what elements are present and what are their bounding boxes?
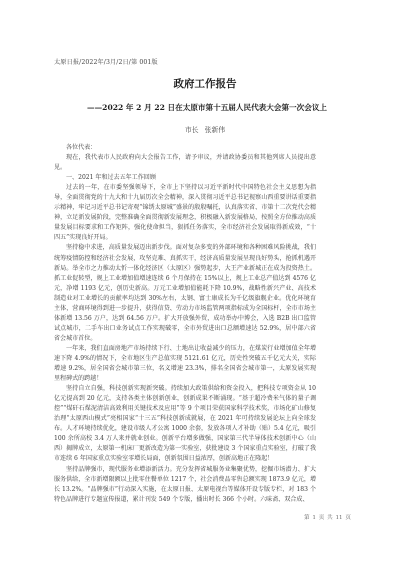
paragraph: 过去的一年，在市委坚强领导下，全市上下坚持以习近平新时代中国特色社会主义思想为指…: [54, 183, 316, 243]
paragraph: 一年来，我们直面房地产市场持续下行、土地出让收益减少的压力，在煤炭行业增加值全年…: [54, 344, 316, 384]
paragraph-intro: 现在，我代表市人民政府向大会报告工作，请予审议，并请政协委员和其他列席人员提出意…: [54, 153, 316, 173]
document-title: 政府工作报告: [0, 76, 410, 91]
paragraph: 坚持品牌强市，现代服务业增添新活力。充分发挥省城服务业集聚优势，挖掘市场潜力、扩…: [54, 465, 316, 505]
document-page: 太原日报/2022年/3月/2日/第 001版 政府工作报告 ——2022 年 …: [0, 0, 410, 580]
document-body: 各位代表： 现在，我代表市人民政府向大会报告工作，请予审议，并请政协委员和其他列…: [54, 143, 316, 505]
section-heading: 一、2021 年和过去五年工作回顾: [54, 173, 316, 183]
document-subtitle: ——2022 年 2 月 22 日在太原市第十五届人民代表大会第一次会议上: [0, 102, 410, 113]
paragraph: 坚持稳中求进，高质量发展迈出新步伐。面对复杂多变的外部环境和各种困难风险挑战，我…: [54, 243, 316, 343]
salutation: 各位代表：: [54, 143, 316, 153]
paragraph: 坚持自立自强，科技创新实现新突破。持续加大政策供给和资金投入，把科技专项资金从 …: [54, 384, 316, 464]
document-author: 市长 张新伟: [0, 124, 410, 134]
page-number: 第 1 页 共 11 页: [304, 513, 351, 521]
newspaper-source-line: 太原日报/2022年/3月/2日/第 001版: [54, 57, 158, 66]
